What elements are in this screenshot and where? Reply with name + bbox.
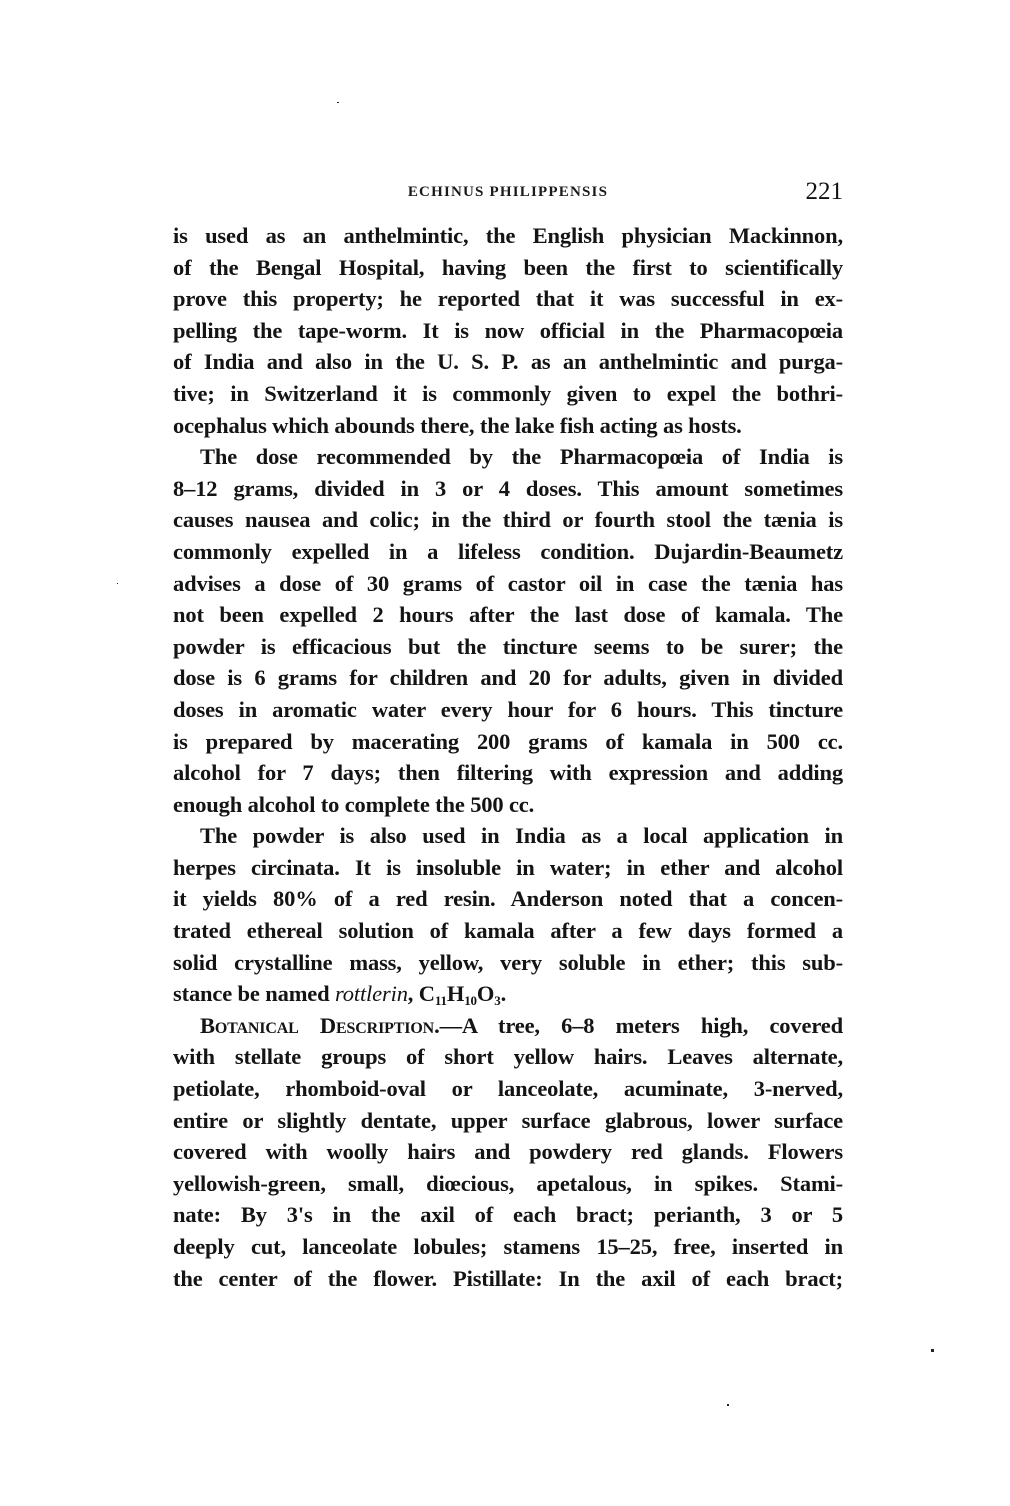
text-line: nate: By 3's in the axil of each bract; … xyxy=(173,1199,843,1231)
text-line: enough alcohol to complete the 500 cc. xyxy=(173,789,843,821)
chemical-formula: C11H10O3 xyxy=(419,981,501,1006)
text-line: of India and also in the U. S. P. as an … xyxy=(173,346,843,378)
paragraph-botanical-description: Botanical Description.—A tree, 6–8 meter… xyxy=(173,1010,843,1294)
text-line: it yields 80% of a red resin. Anderson n… xyxy=(173,883,843,915)
text-line: pelling the tape-worm. It is now officia… xyxy=(173,315,843,347)
em-dash: — xyxy=(440,1013,462,1038)
text-line-formula: stance be named rottlerin, C11H10O3. xyxy=(173,978,843,1010)
line-suffix: . xyxy=(501,981,506,1006)
body-text: is used as an anthelmintic, the English … xyxy=(173,220,843,1294)
scan-speck xyxy=(727,1404,729,1406)
text-line: doses in aromatic water every hour for 6… xyxy=(173,694,843,726)
text-line: deeply cut, lanceolate lobules; stamens … xyxy=(173,1231,843,1263)
text-line: solid crystalline mass, yellow, very sol… xyxy=(173,947,843,979)
text-line: is prepared by macerating 200 grams of k… xyxy=(173,726,843,758)
text-line: herpes circinata. It is insoluble in wat… xyxy=(173,852,843,884)
text-line: petiolate, rhomboid-oval or lanceolate, … xyxy=(173,1073,843,1105)
text-line: ocephalus which abounds there, the lake … xyxy=(173,410,843,442)
text-line: yellowish-green, small, diœcious, apetal… xyxy=(173,1168,843,1200)
running-head: ECHINUS PHILIPPENSIS 221 xyxy=(173,180,843,210)
text-line: commonly expelled in a lifeless conditio… xyxy=(173,536,843,568)
element-h: H xyxy=(447,981,464,1006)
italic-term: rottlerin xyxy=(335,981,408,1006)
subscript: 11 xyxy=(435,993,447,1008)
text-line: with stellate groups of short yellow hai… xyxy=(173,1041,843,1073)
text-line: alcohol for 7 days; then filtering with … xyxy=(173,757,843,789)
text-line: causes nausea and colic; in the third or… xyxy=(173,504,843,536)
text-line: entire or slightly dentate, upper surfac… xyxy=(173,1105,843,1137)
text-line: The powder is also used in India as a lo… xyxy=(173,820,843,852)
text-line: the center of the flower. Pistillate: In… xyxy=(173,1263,843,1295)
scan-speck xyxy=(931,1349,934,1352)
line-prefix: stance be named xyxy=(173,981,335,1006)
text-line-heading: Botanical Description.—A tree, 6–8 meter… xyxy=(173,1010,843,1042)
subscript: 10 xyxy=(464,993,477,1008)
text-line: trated ethereal solution of kamala after… xyxy=(173,915,843,947)
text-line: tive; in Switzerland it is commonly give… xyxy=(173,378,843,410)
running-title: ECHINUS PHILIPPENSIS xyxy=(173,184,843,201)
text-line: 8–12 grams, divided in 3 or 4 doses. Thi… xyxy=(173,473,843,505)
separator: , xyxy=(408,981,419,1006)
text-line: is used as an anthelmintic, the English … xyxy=(173,220,843,252)
scan-speck xyxy=(337,102,339,103)
text-line: powder is efficacious but the tincture s… xyxy=(173,631,843,663)
paragraph-2: The dose recommended by the Pharmacopœia… xyxy=(173,441,843,820)
line-rest: A tree, 6–8 meters high, covered xyxy=(462,1013,843,1038)
paragraph-3: The powder is also used in India as a lo… xyxy=(173,820,843,1010)
element-c: C xyxy=(419,981,435,1006)
text-line: of the Bengal Hospital, having been the … xyxy=(173,252,843,284)
text-line: advises a dose of 30 grams of castor oil… xyxy=(173,568,843,600)
scan-speck xyxy=(117,583,118,584)
section-heading: Botanical Description. xyxy=(200,1013,440,1038)
paragraph-1: is used as an anthelmintic, the English … xyxy=(173,220,843,441)
text-line: The dose recommended by the Pharmacopœia… xyxy=(173,441,843,473)
text-line: not been expelled 2 hours after the last… xyxy=(173,599,843,631)
text-line: dose is 6 grams for children and 20 for … xyxy=(173,662,843,694)
page-number: 221 xyxy=(806,178,844,206)
book-page: ECHINUS PHILIPPENSIS 221 is used as an a… xyxy=(0,0,1010,1506)
text-line: prove this property; he reported that it… xyxy=(173,283,843,315)
text-line: covered with woolly hairs and powdery re… xyxy=(173,1136,843,1168)
element-o: O xyxy=(477,981,494,1006)
